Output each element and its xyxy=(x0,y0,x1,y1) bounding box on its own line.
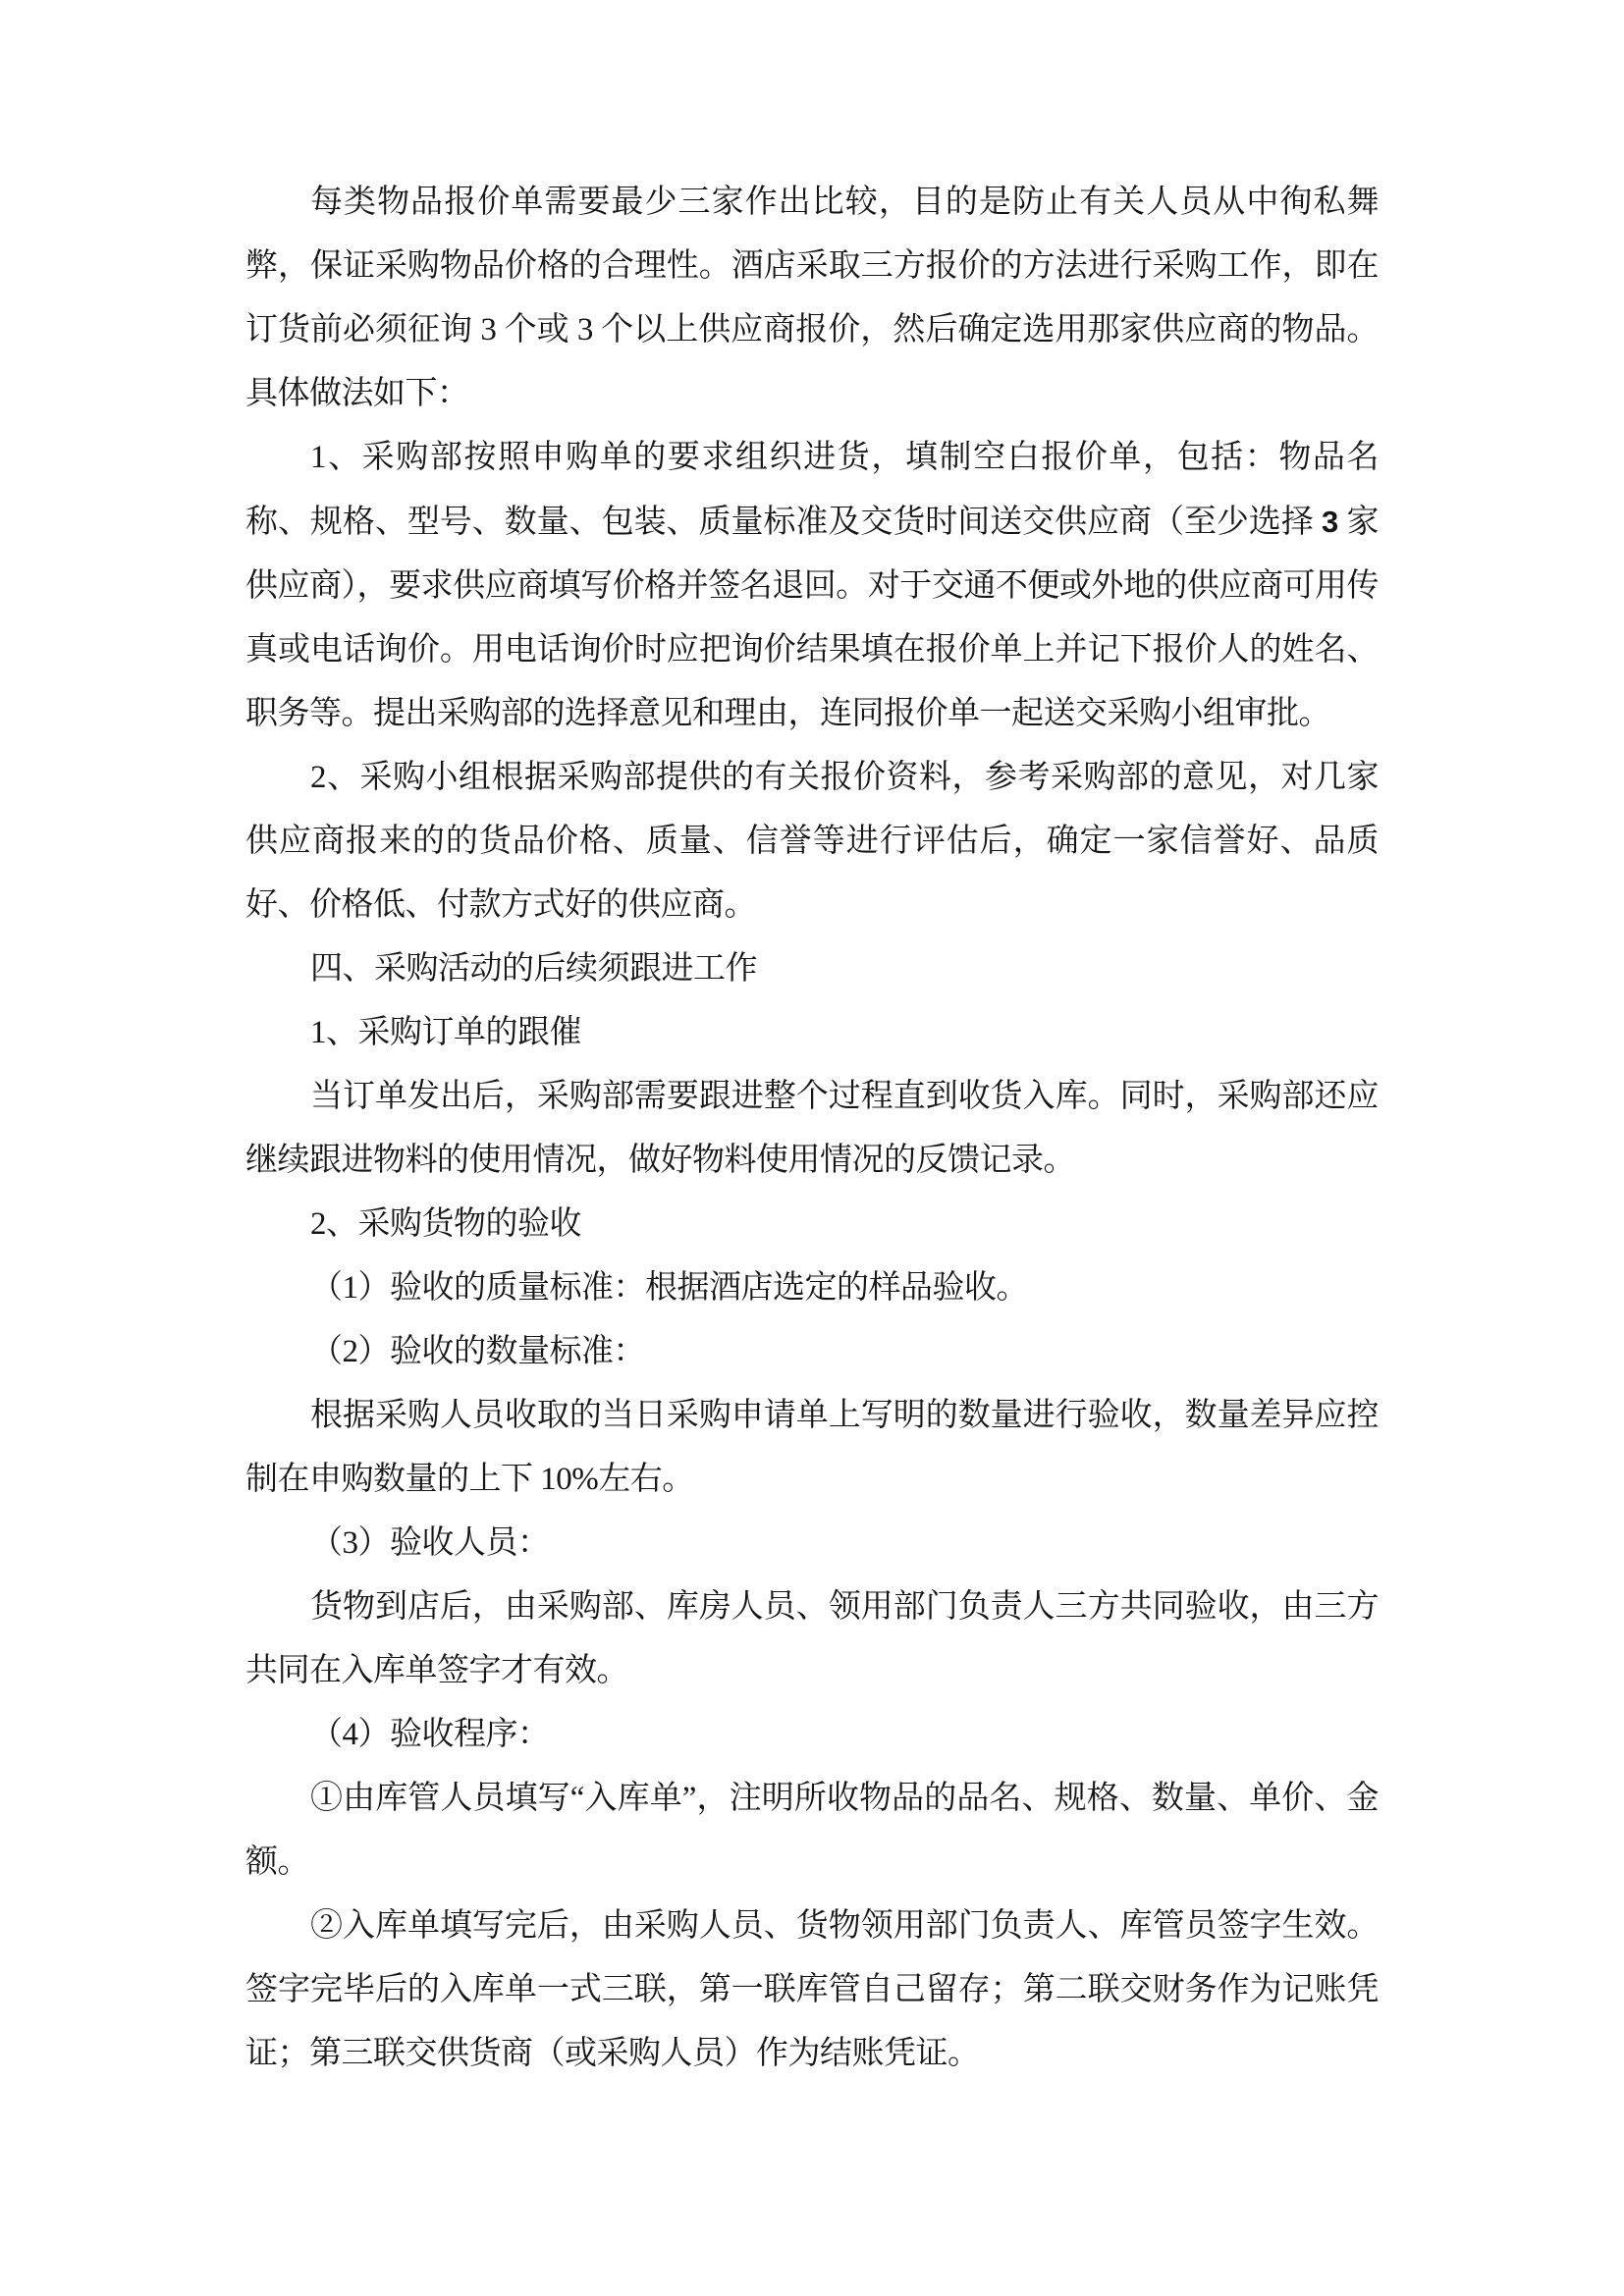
item-acceptance-personnel: （3）验收人员： xyxy=(245,1512,1379,1575)
heading-goods-acceptance: 2、采购货物的验收 xyxy=(245,1193,1379,1256)
item-quantity-standard: （2）验收的数量标准： xyxy=(245,1320,1379,1384)
heading-order-follow-up: 1、采购订单的跟催 xyxy=(245,1001,1379,1065)
paragraph-quantity-standard-detail: 根据采购人员收取的当日采购申请单上写明的数量进行验收，数量差异应控制在申购数量的… xyxy=(245,1384,1379,1512)
paragraph-intro-three-quotes: 每类物品报价单需要最少三家作出比较，目的是防止有关人员从中徇私舞弊，保证采购物品… xyxy=(245,171,1379,426)
paragraph-text-before-number: 1、采购部按照申购单的要求组织进货，填制空白报价单，包括：物品名称、规格、型号、… xyxy=(245,440,1379,540)
item-acceptance-procedure: （4）验收程序： xyxy=(245,1703,1379,1767)
supplier-count-number: 3 xyxy=(1322,505,1338,539)
document-body: 每类物品报价单需要最少三家作出比较，目的是防止有关人员从中徇私舞弊，保证采购物品… xyxy=(245,171,1379,2086)
item-quality-standard: （1）验收的质量标准：根据酒店选定的样品验收。 xyxy=(245,1256,1379,1320)
paragraph-procedure-step1-warehouse-form: ①由库管人员填写“入库单”，注明所收物品的品名、规格、数量、单价、金额。 xyxy=(245,1767,1379,1895)
paragraph-order-follow-up-detail: 当订单发出后，采购部需要跟进整个过程直到收货入库。同时，采购部还应继续跟进物料的… xyxy=(245,1065,1379,1193)
paragraph-procedure-step2-signatures: ②入库单填写完后，由采购人员、货物领用部门负责人、库管员签字生效。签字完毕后的入… xyxy=(245,1895,1379,2086)
document-page: 每类物品报价单需要最少三家作出比较，目的是防止有关人员从中徇私舞弊，保证采购物品… xyxy=(0,0,1624,2296)
paragraph-acceptance-personnel-detail: 货物到店后，由采购部、库房人员、领用部门负责人三方共同验收，由三方共同在入库单签… xyxy=(245,1575,1379,1703)
heading-section-four: 四、采购活动的后续须跟进工作 xyxy=(245,937,1379,1001)
paragraph-step1-quotation-form: 1、采购部按照申购单的要求组织进货，填制空白报价单，包括：物品名称、规格、型号、… xyxy=(245,426,1379,746)
paragraph-step2-evaluation: 2、采购小组根据采购部提供的有关报价资料，参考采购部的意见，对几家供应商报来的的… xyxy=(245,746,1379,937)
